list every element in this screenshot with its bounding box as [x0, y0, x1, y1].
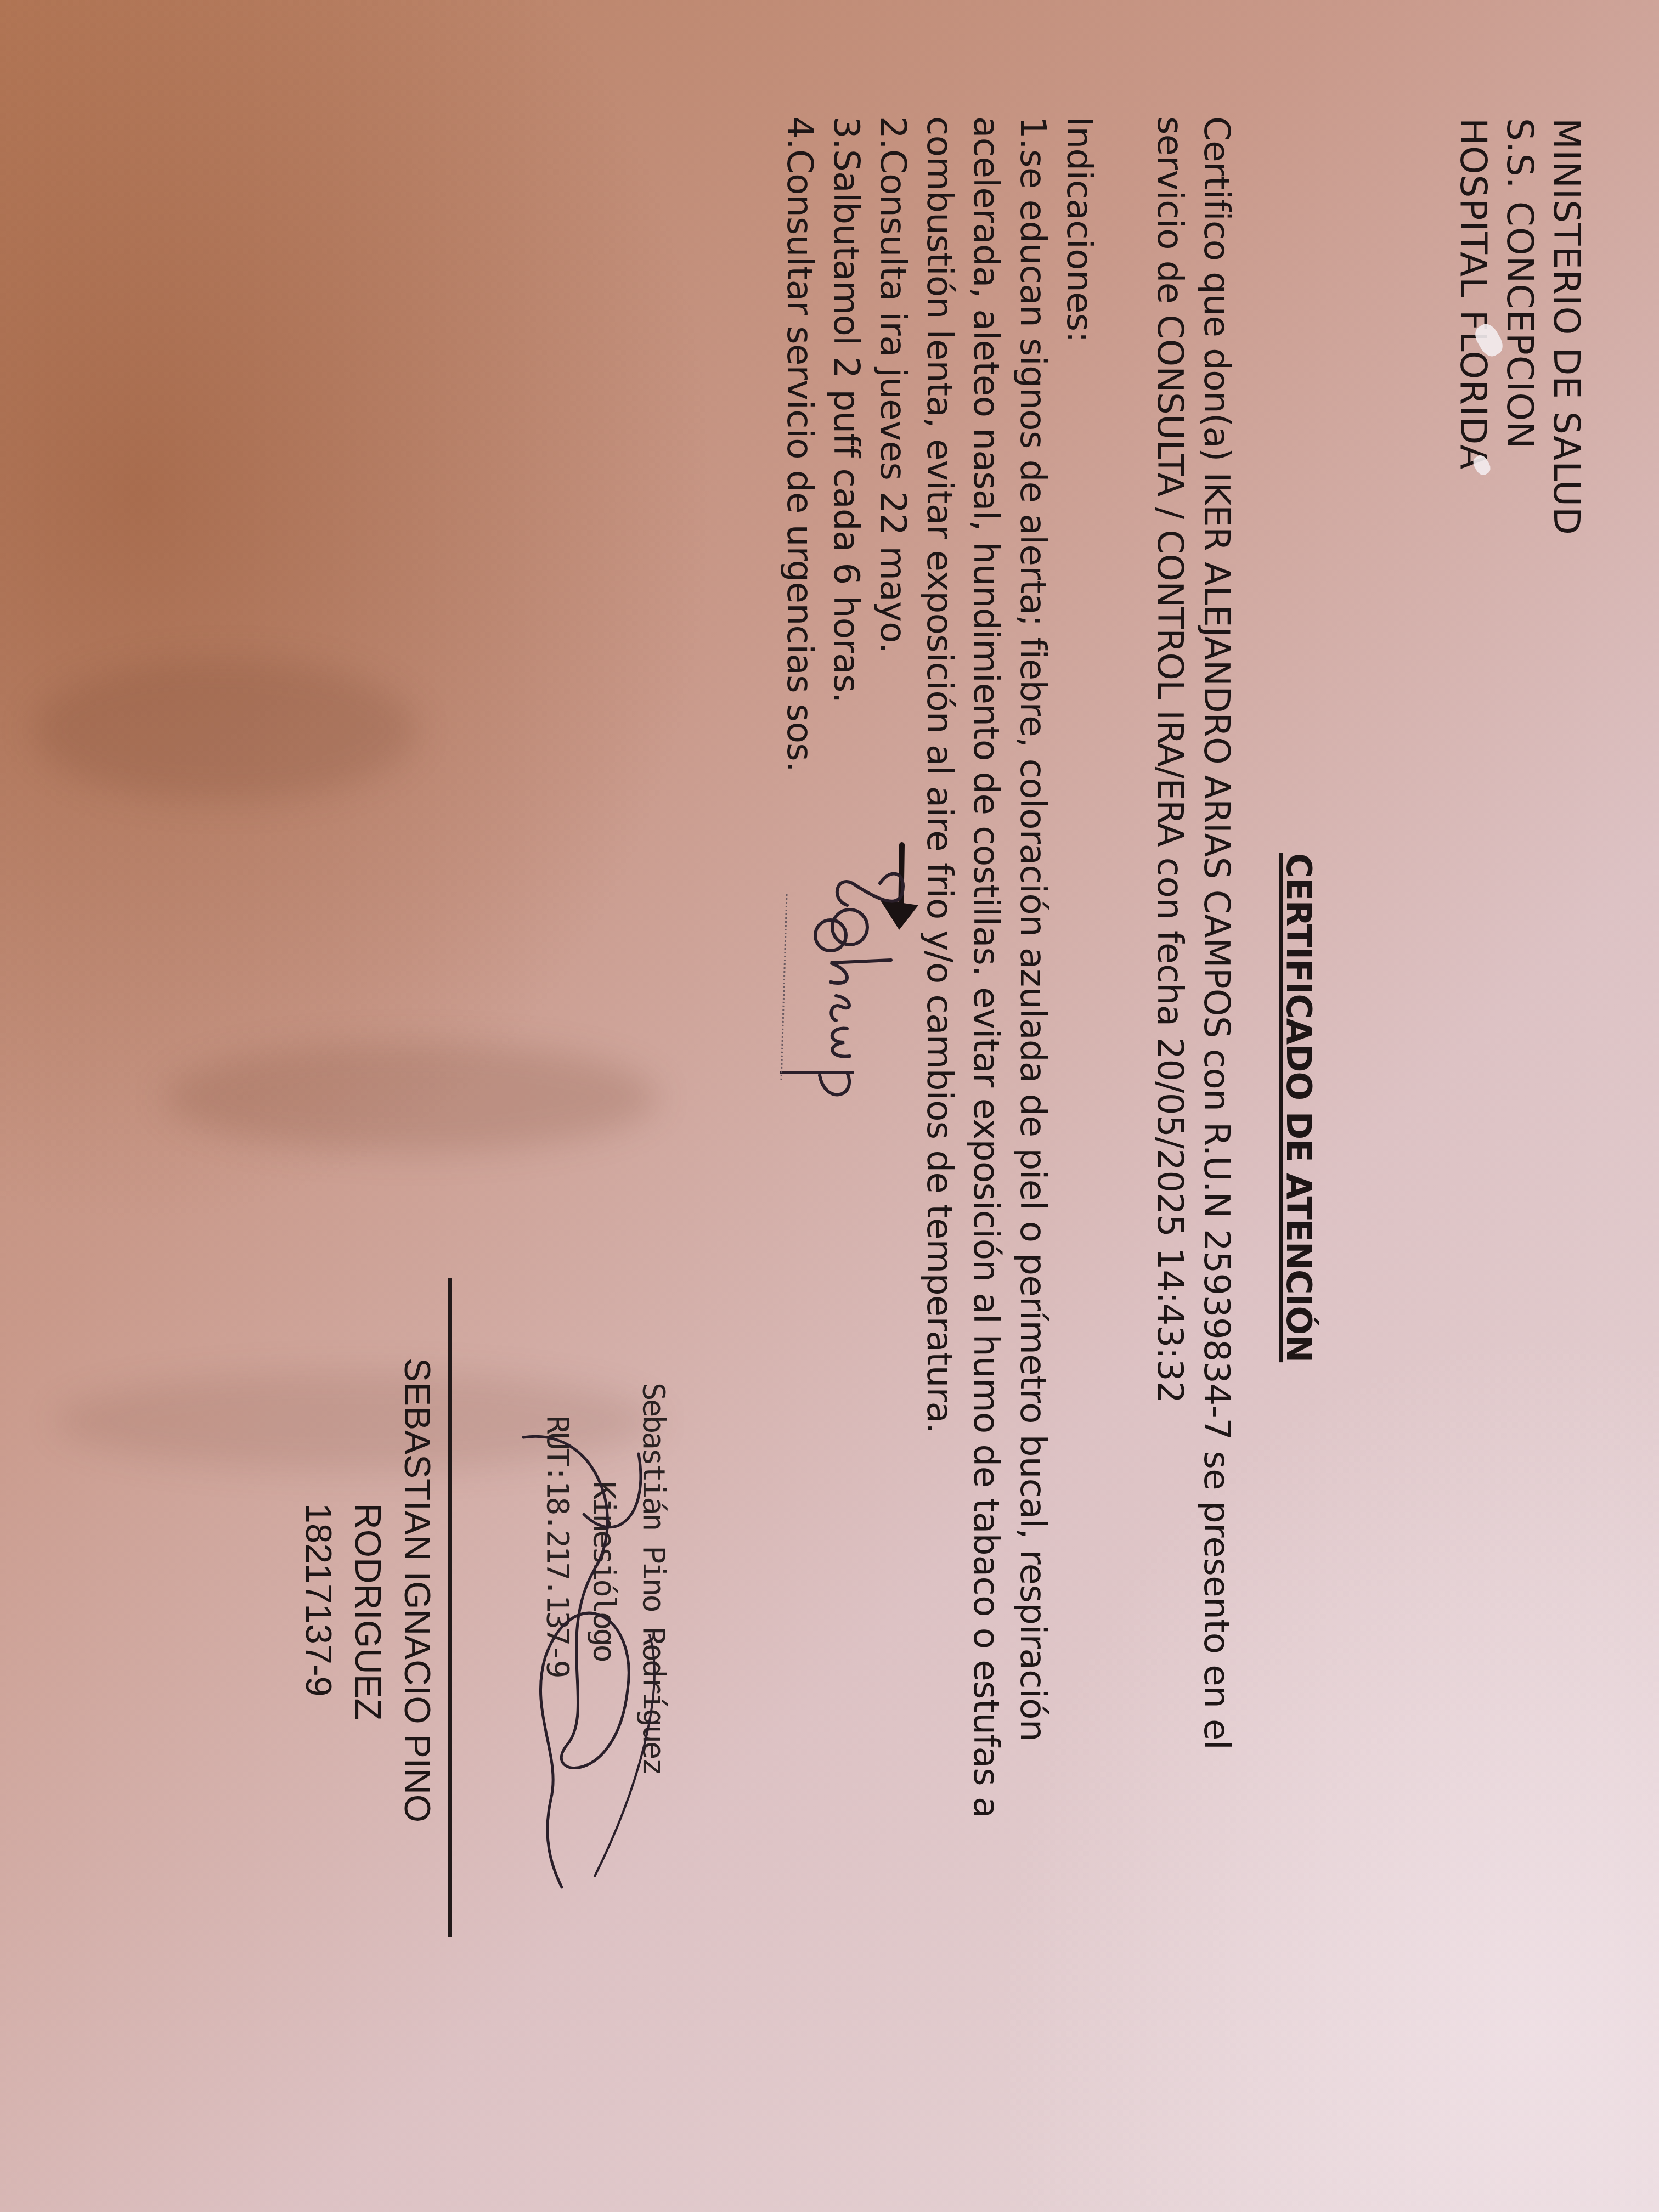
document-title: CERTIFICADO DE ATENCIÓN	[1279, 853, 1319, 1362]
signatory-name-line-1: SEBASTIAN IGNACIO PINO	[397, 1358, 438, 1822]
header-ministry: MINISTERIO DE SALUD	[1545, 118, 1588, 535]
signatory-name-line-2: RODRIGUEZ	[347, 1503, 389, 1720]
handwritten-note-sobrecupo	[770, 861, 913, 1114]
certification-line-2: servicio de CONSULTA / CONTROL IRA/ERA c…	[1149, 116, 1190, 1403]
medical-certificate-document: MINISTERIO DE SALUD S.S. CONCEPCION HOSP…	[0, 0, 1659, 2212]
header-health-service: S.S. CONCEPCION	[1499, 118, 1541, 449]
indication-line-6: 4.Consultar servicio de urgencias sos.	[779, 116, 820, 772]
signature-line	[448, 1278, 452, 1937]
indication-line-1: 1.se educan signos de alerta; fiebre, co…	[1012, 116, 1053, 1741]
indication-line-4: 2.Consulta ira jueves 22 mayo.	[872, 116, 913, 653]
handwritten-signature	[496, 1404, 661, 1898]
signatory-rut: 18217137-9	[298, 1503, 340, 1696]
certification-line-1: Certifico que don(a) IKER ALEJANDRO ARIA…	[1196, 116, 1237, 1750]
indication-line-3: combustión lenta, evitar exposición al a…	[919, 116, 960, 1434]
indication-line-5: 3.Salbutamol 2 puff cada 6 horas.	[826, 116, 866, 703]
indication-line-2: acelerada, aleteo nasal, hundimiento de …	[966, 116, 1006, 1818]
indications-heading: Indicaciones:	[1059, 116, 1099, 343]
header-hospital: HOSPITAL FLORIDA	[1452, 118, 1494, 470]
